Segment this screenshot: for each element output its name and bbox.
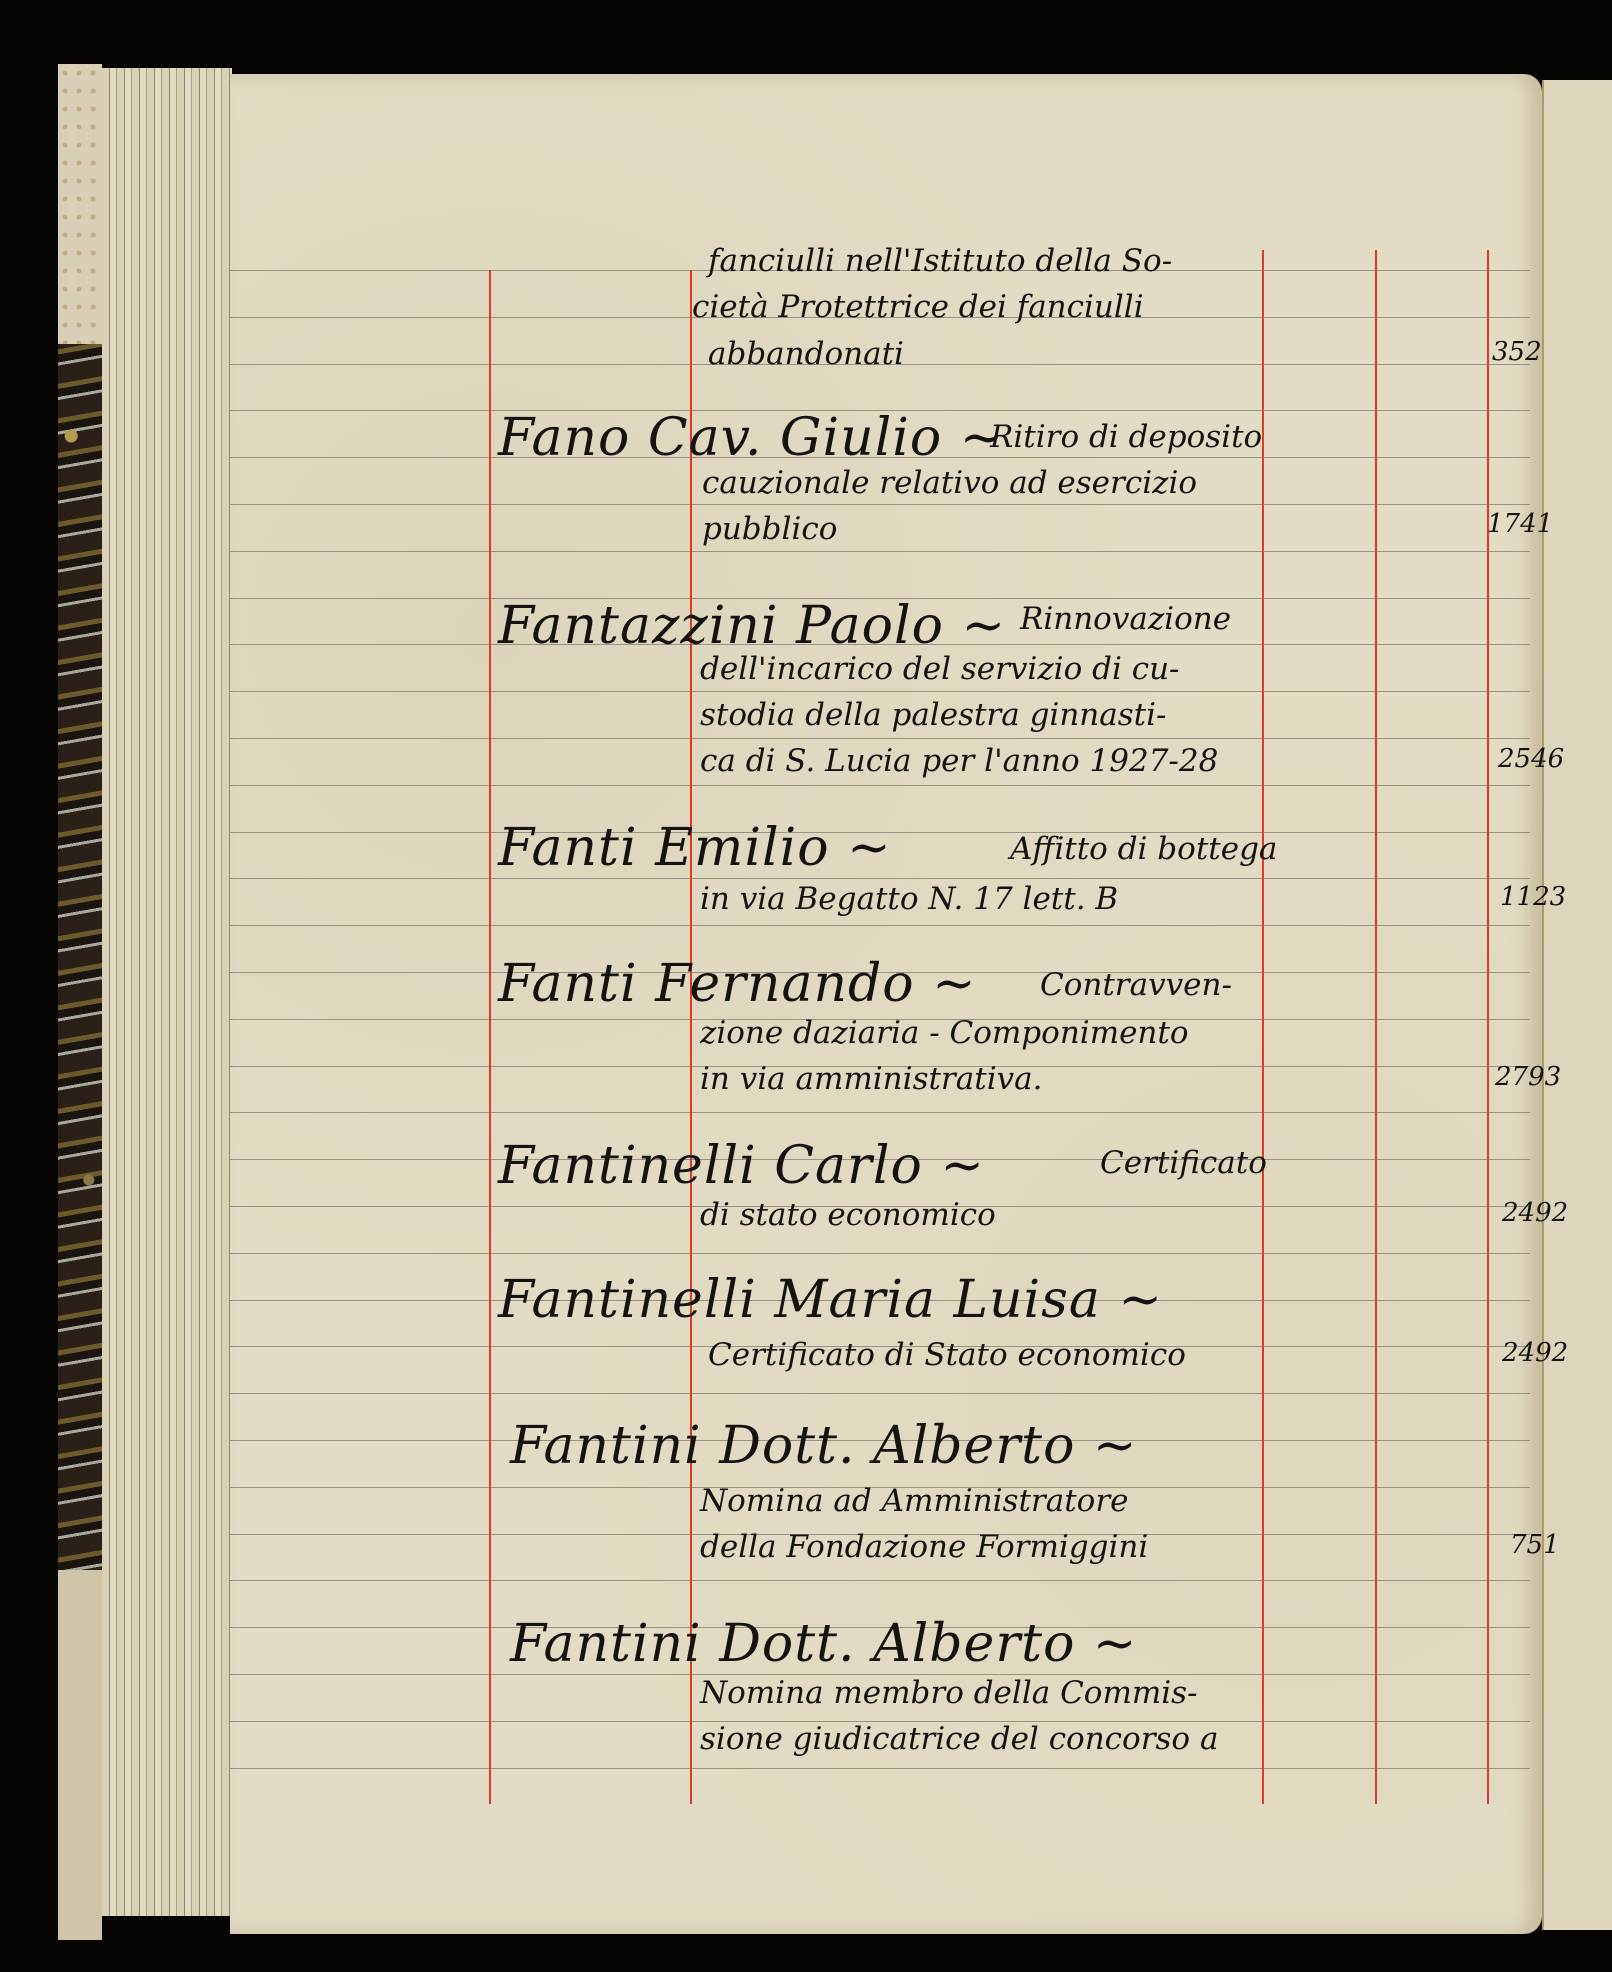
book-cover-bottom-corner	[58, 1570, 102, 1940]
entry-desc-line: in via Begatto N. 17 lett. B	[700, 884, 1118, 915]
entry-desc-line: cauzionale relativo ad esercizio	[702, 468, 1197, 499]
entry-desc-line: cietà Protettrice dei fanciulli	[692, 292, 1144, 323]
entry-desc-line: Ritiro di deposito	[990, 422, 1262, 453]
entry-desc-line: fanciulli nell'Istituto della So-	[708, 246, 1172, 277]
entry-desc-line: Rinnovazione	[1020, 604, 1231, 635]
page-stack-edges	[102, 68, 232, 1916]
entry-ref-number: 2492	[1502, 1340, 1568, 1366]
red-margin-line-1	[489, 270, 491, 1804]
entry-desc-line: sione giudicatrice del concorso a	[700, 1724, 1218, 1755]
entry-ref-number: 2546	[1498, 746, 1564, 772]
ruled-line	[230, 878, 1530, 879]
entry-desc-line: Nomina ad Amministratore	[700, 1486, 1129, 1517]
ruled-line	[230, 925, 1530, 926]
entry-name: Fantinelli Carlo ~	[498, 1140, 985, 1192]
entry-desc-line: dell'incarico del servizio di cu-	[700, 654, 1180, 685]
entry-ref-number: 2492	[1502, 1200, 1568, 1226]
entry-name: Fantazzini Paolo ~	[498, 600, 1006, 652]
entry-name: Fantinelli Maria Luisa ~	[498, 1274, 1163, 1326]
entry-desc-line: Affitto di bottega	[1010, 834, 1277, 865]
red-margin-line-2	[690, 270, 692, 1804]
entry-ref-number: 1123	[1500, 884, 1566, 910]
red-margin-line-3	[1262, 250, 1264, 1804]
entry-desc-line: Certificato di Stato economico	[708, 1340, 1186, 1371]
entry-desc-line: abbandonati	[708, 339, 904, 370]
entry-ref-number: 2793	[1495, 1064, 1561, 1090]
ruled-line	[230, 785, 1530, 786]
entry-ref-number: 751	[1510, 1532, 1560, 1558]
ruled-line	[230, 1393, 1530, 1394]
ruled-line	[230, 738, 1530, 739]
red-margin-line-5	[1487, 250, 1489, 1804]
ruled-line	[230, 1580, 1530, 1581]
entry-desc-line: stodia della palestra ginnasti-	[700, 700, 1167, 731]
entry-desc-line: di stato economico	[700, 1200, 996, 1231]
ruled-line	[230, 1112, 1530, 1113]
ruled-line	[230, 1768, 1530, 1769]
entry-desc-line: in via amministrativa.	[700, 1064, 1042, 1095]
ledger-page: fanciulli nell'Istituto della So- cietà …	[230, 74, 1542, 1934]
entry-desc-line: pubblico	[702, 514, 837, 545]
entry-desc-line: Contravven-	[1040, 970, 1232, 1001]
entry-desc-line: zione daziaria - Componimento	[700, 1018, 1189, 1049]
ruled-line	[230, 691, 1530, 692]
ruled-line	[230, 551, 1530, 552]
entry-name: Fanti Emilio ~	[498, 822, 892, 874]
ruled-line	[230, 1253, 1530, 1254]
entry-name: Fantini Dott. Alberto ~	[510, 1420, 1137, 1472]
entry-desc-line: ca di S. Lucia per l'anno 1927-28	[700, 746, 1218, 777]
entry-desc-line: Nomina membro della Commis-	[700, 1678, 1198, 1709]
entry-ref-number: 352	[1492, 339, 1542, 365]
entry-desc-line: della Fondazione Formiggini	[700, 1532, 1148, 1563]
entry-desc-line: Certificato	[1100, 1148, 1267, 1179]
entry-name: Fantini Dott. Alberto ~	[510, 1618, 1137, 1670]
ruled-line	[230, 504, 1530, 505]
red-margin-line-4	[1375, 250, 1377, 1804]
entry-name: Fano Cav. Giulio ~	[498, 412, 1004, 464]
facing-page-edge	[1542, 80, 1612, 1930]
book-cover-top-corner	[58, 64, 102, 344]
entry-ref-number: 1741	[1487, 511, 1553, 537]
entry-name: Fanti Fernando ~	[498, 958, 977, 1010]
